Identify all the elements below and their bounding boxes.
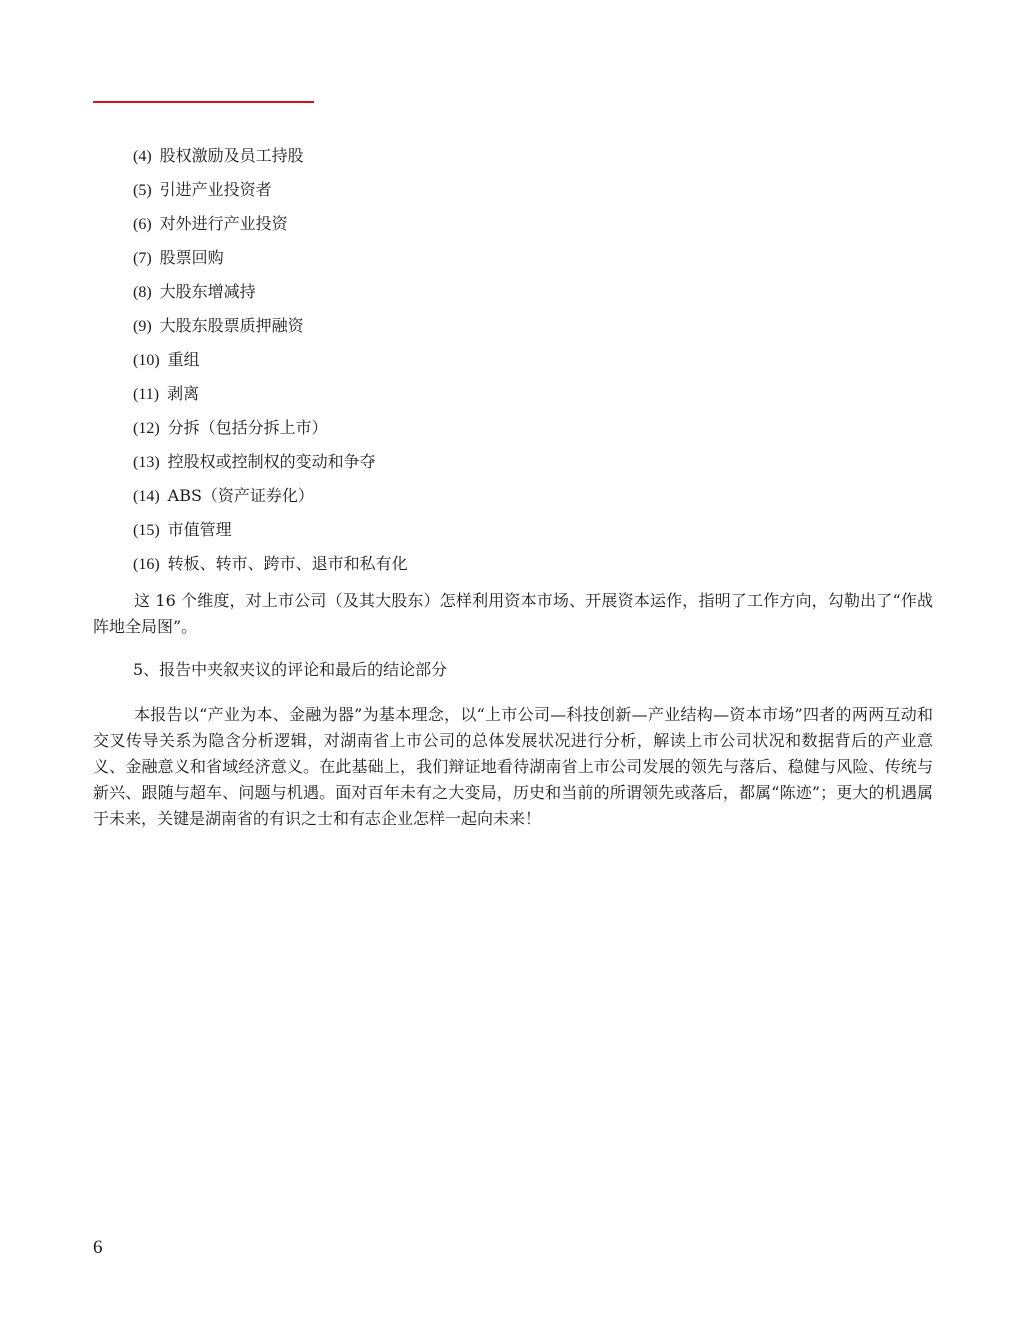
list-item: (15)市值管理 xyxy=(133,517,408,551)
list-number: (8) xyxy=(133,280,152,306)
summary-paragraph: 这 16 个维度，对上市公司（及其大股东）怎样利用资本市场、开展资本运作，指明了… xyxy=(93,588,933,640)
header-red-rule xyxy=(93,101,314,103)
list-text: 引进产业投资者 xyxy=(160,180,272,199)
list-item: (13)控股权或控制权的变动和争夺 xyxy=(133,449,408,483)
list-text: 控股权或控制权的变动和争夺 xyxy=(168,452,376,471)
list-item: (7)股票回购 xyxy=(133,245,408,279)
list-item: (16)转板、转市、跨市、退市和私有化 xyxy=(133,551,408,585)
list-number: (16) xyxy=(133,552,160,578)
list-item: (9)大股东股票质押融资 xyxy=(133,313,408,347)
list-number: (10) xyxy=(133,348,160,374)
list-text: 市值管理 xyxy=(168,520,232,539)
list-number: (6) xyxy=(133,212,152,238)
list-item: (5)引进产业投资者 xyxy=(133,177,408,211)
list-number: (7) xyxy=(133,246,152,272)
list-number: (13) xyxy=(133,450,160,476)
list-number: (14) xyxy=(133,484,160,510)
list-text: 大股东股票质押融资 xyxy=(160,316,304,335)
list-item: (8)大股东增减持 xyxy=(133,279,408,313)
list-text: 重组 xyxy=(168,350,200,369)
list-text: 股权激励及员工持股 xyxy=(160,146,304,165)
list-item: (14)ABS（资产证券化） xyxy=(133,483,408,517)
list-text: 剥离 xyxy=(167,384,199,403)
list-number: (15) xyxy=(133,518,160,544)
list-item: (12)分拆（包括分拆上市） xyxy=(133,415,408,449)
list-text: 转板、转市、跨市、退市和私有化 xyxy=(168,554,408,573)
dimension-list: (4)股权激励及员工持股 (5)引进产业投资者 (6)对外进行产业投资 (7)股… xyxy=(133,143,408,585)
list-text: 对外进行产业投资 xyxy=(160,214,288,233)
list-text: ABS（资产证券化） xyxy=(168,486,314,505)
list-text: 股票回购 xyxy=(160,248,224,267)
list-item: (10)重组 xyxy=(133,347,408,381)
list-number: (11) xyxy=(133,382,159,408)
list-number: (12) xyxy=(133,416,160,442)
list-number: (5) xyxy=(133,178,152,204)
list-item: (11)剥离 xyxy=(133,381,408,415)
section-heading: 5、报告中夹叙夹议的评论和最后的结论部分 xyxy=(133,657,447,683)
list-number: (4) xyxy=(133,144,152,170)
list-text: 分拆（包括分拆上市） xyxy=(168,418,328,437)
list-item: (4)股权激励及员工持股 xyxy=(133,143,408,177)
list-text: 大股东增减持 xyxy=(160,282,256,301)
list-item: (6)对外进行产业投资 xyxy=(133,211,408,245)
conclusion-paragraph: 本报告以“产业为本、金融为器”为基本理念，以“上市公司—科技创新—产业结构—资本… xyxy=(93,702,933,832)
list-number: (9) xyxy=(133,314,152,340)
page-number: 6 xyxy=(93,1237,103,1259)
